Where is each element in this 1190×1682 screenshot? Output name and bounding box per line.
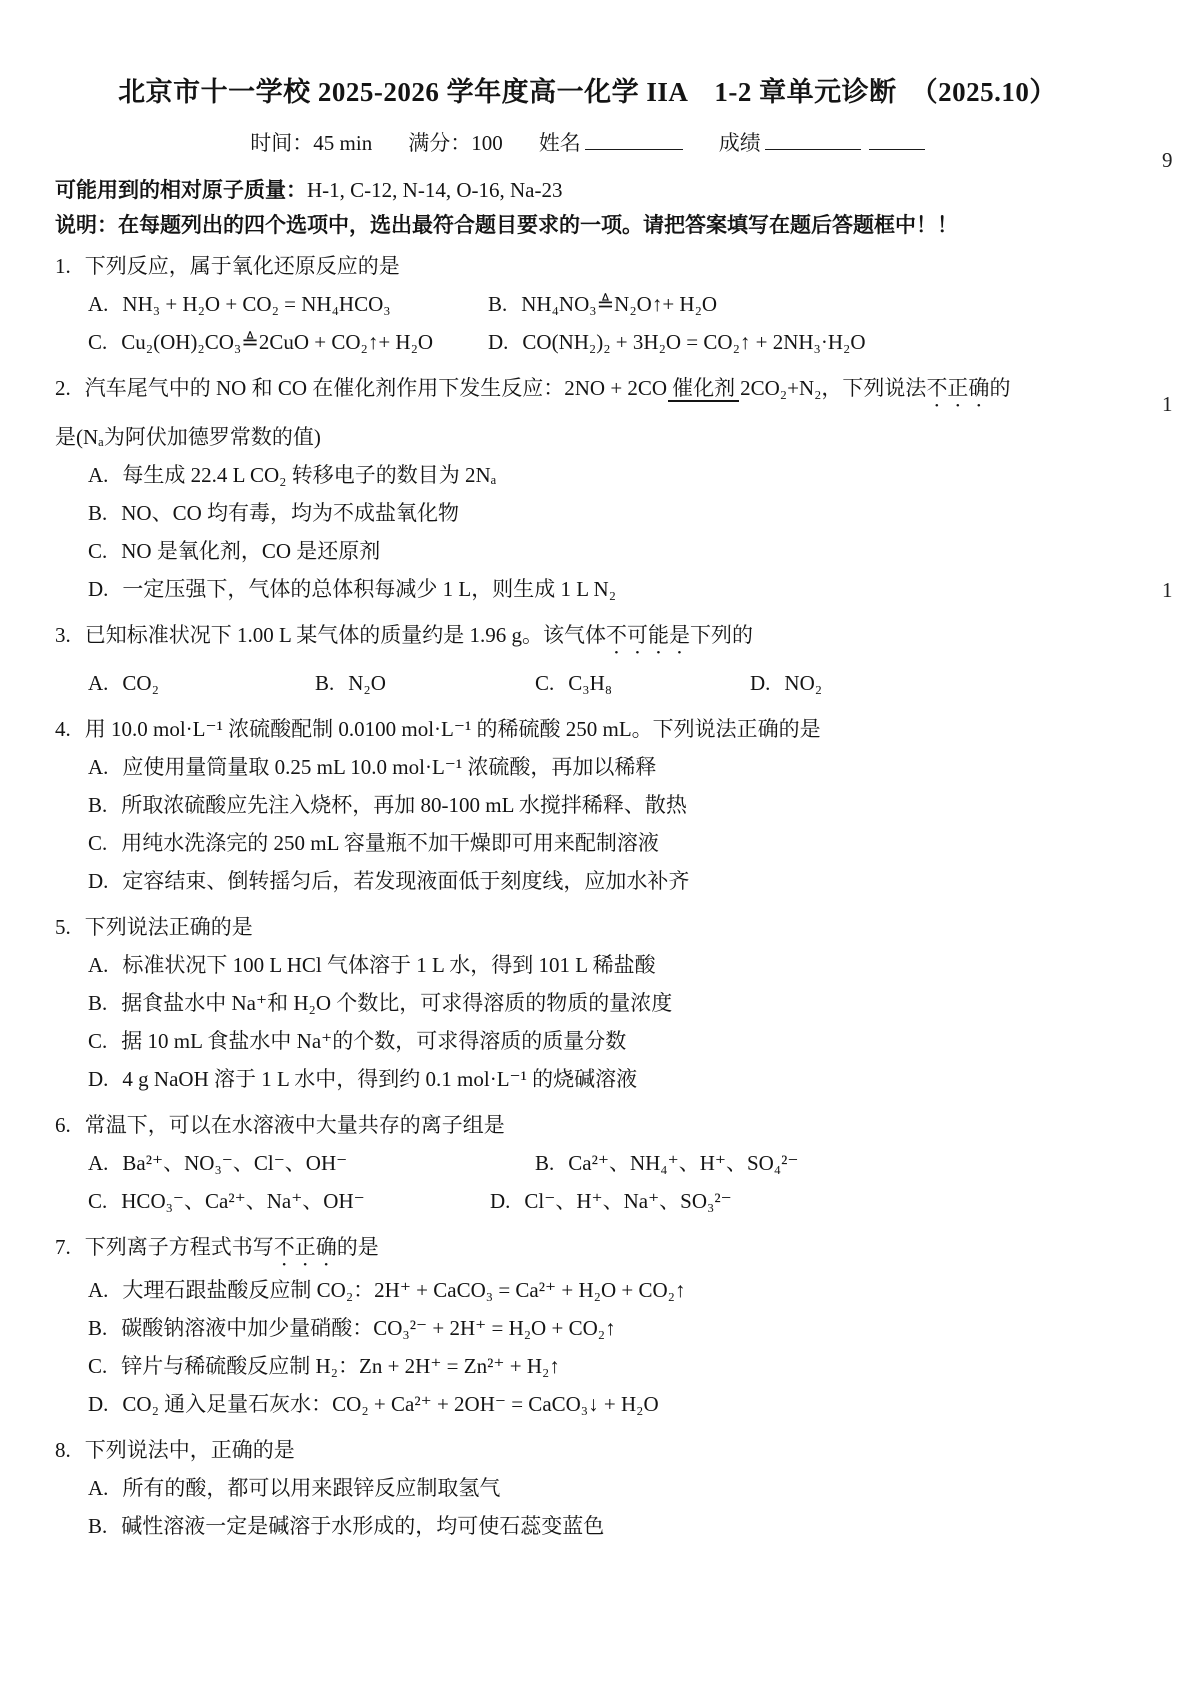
option-label: A. <box>88 953 108 977</box>
question-3: 3.已知标准状况下 1.00 L 某气体的质量约是 1.96 g。该气体不可能是… <box>55 616 1120 702</box>
question-stem: 4.用 10.0 mol·L⁻¹ 浓硫酸配制 0.0100 mol·L⁻¹ 的稀… <box>55 710 1120 748</box>
question-number: 2. <box>55 376 71 400</box>
question-6: 6.常温下，可以在水溶液中大量共存的离子组是 A.Ba²⁺、NO₃⁻、Cl⁻、O… <box>55 1106 1120 1220</box>
option-text: 一定压强下，气体的总体积每减少 1 L，则生成 1 L N₂ <box>122 577 616 601</box>
option-text: NO₂ <box>784 671 822 695</box>
option-text: NO、CO 均有毒，均为不成盐氧化物 <box>121 501 459 525</box>
question-7: 7.下列离子方程式书写不正确的是 A.大理石跟盐酸反应制 CO₂：2H⁺ + C… <box>55 1228 1120 1423</box>
option-text: Cu₂(OH)₂CO₃≜2CuO + CO₂↑+ H₂O <box>121 330 433 354</box>
option-b: B.碳酸钠溶液中加少量硝酸：CO₃²⁻ + 2H⁺ = H₂O + CO₂↑ <box>88 1309 1120 1347</box>
atomic-mass-label: 可能用到的相对原子质量： <box>55 178 307 202</box>
question-number: 7. <box>55 1235 71 1259</box>
score-blank-line-1 <box>765 128 861 150</box>
page-title: 北京市十一学校 2025-2026 学年度高一化学 IIA 1-2 章单元诊断 … <box>55 74 1120 110</box>
option-label: C. <box>88 831 107 855</box>
option-b: B.N₂O <box>315 664 535 702</box>
option-text: CO₂ <box>122 671 159 695</box>
option-text: Ba²⁺、NO₃⁻、Cl⁻、OH⁻ <box>122 1151 347 1175</box>
option-b: B.碱性溶液一定是碱溶于水形成的，均可使石蕊变蓝色 <box>88 1507 1120 1545</box>
option-label: D. <box>88 1392 108 1416</box>
stem-text: 的是 <box>337 1235 379 1259</box>
options: A.Ba²⁺、NO₃⁻、Cl⁻、OH⁻ B.Ca²⁺、NH₄⁺、H⁺、SO₄²⁻… <box>55 1144 1120 1220</box>
option-a: A.Ba²⁺、NO₃⁻、Cl⁻、OH⁻ <box>88 1144 535 1182</box>
option-text: 据 10 mL 食盐水中 Na⁺的个数，可求得溶质的质量分数 <box>121 1029 626 1053</box>
option-label: A. <box>88 463 108 487</box>
option-text: 应使用量筒量取 0.25 mL 10.0 mol·L⁻¹ 浓硫酸，再加以稀释 <box>122 755 656 779</box>
question-4: 4.用 10.0 mol·L⁻¹ 浓硫酸配制 0.0100 mol·L⁻¹ 的稀… <box>55 710 1120 900</box>
option-text: 据食盐水中 Na⁺和 H₂O 个数比，可求得溶质的物质的量浓度 <box>121 991 672 1015</box>
question-number: 4. <box>55 717 71 741</box>
option-text: NH₃ + H₂O + CO₂ = NH₄HCO₃ <box>122 292 390 316</box>
option-label: A. <box>88 292 108 316</box>
option-b: B.NO、CO 均有毒，均为不成盐氧化物 <box>88 494 1120 532</box>
option-text: HCO₃⁻、Ca²⁺、Na⁺、OH⁻ <box>121 1189 364 1213</box>
question-stem: 7.下列离子方程式书写不正确的是 <box>55 1228 1120 1271</box>
name-label: 姓名 <box>539 131 581 155</box>
option-a: A.大理石跟盐酸反应制 CO₂：2H⁺ + CaCO₃ = Ca²⁺ + H₂O… <box>88 1271 1120 1309</box>
options: A.NH₃ + H₂O + CO₂ = NH₄HCO₃ B.NH₄NO₃≜N₂O… <box>55 285 1120 361</box>
stem-text: 已知标准状况下 1.00 L 某气体的质量约是 1.96 g。该气体 <box>85 623 606 647</box>
question-stem-line2: 是(Nₐ为阿伏加德罗常数的值) <box>55 418 1120 456</box>
option-label: C. <box>88 1354 107 1378</box>
option-d: D.CO(NH₂)₂ + 3H₂O = CO₂↑ + 2NH₃·H₂O <box>488 323 1120 361</box>
option-label: C. <box>88 330 107 354</box>
option-a: A.应使用量筒量取 0.25 mL 10.0 mol·L⁻¹ 浓硫酸，再加以稀释 <box>88 748 1120 786</box>
options: A.CO₂ B.N₂O C.C₃H₈ D.NO₂ <box>55 664 1120 702</box>
option-label: B. <box>488 292 507 316</box>
option-text: 定容结束、倒转摇匀后，若发现液面低于刻度线，应加水补齐 <box>122 869 689 893</box>
question-number: 3. <box>55 623 71 647</box>
option-text: NH₄NO₃≜N₂O↑+ H₂O <box>521 292 717 316</box>
option-c: C.锌片与稀硫酸反应制 H₂：Zn + 2H⁺ = Zn²⁺ + H₂↑ <box>88 1347 1120 1385</box>
stem-text: 的 <box>989 376 1010 400</box>
question-number: 8. <box>55 1438 71 1462</box>
exam-page: 9 1 1 北京市十一学校 2025-2026 学年度高一化学 IIA 1-2 … <box>0 0 1190 1682</box>
option-a: A.CO₂ <box>88 664 315 702</box>
question-number: 5. <box>55 915 71 939</box>
option-d: D.CO₂ 通入足量石灰水：CO₂ + Ca²⁺ + 2OH⁻ = CaCO₃↓… <box>88 1385 1120 1423</box>
option-text: 碳酸钠溶液中加少量硝酸：CO₃²⁻ + 2H⁺ = H₂O + CO₂↑ <box>121 1316 615 1340</box>
option-text: 所取浓硫酸应先注入烧杯，再加 80-100 mL 水搅拌稀释、散热 <box>121 793 687 817</box>
margin-mark-2: 1 <box>1162 392 1173 417</box>
option-label: A. <box>88 1476 108 1500</box>
stem-text: 下列离子方程式书写 <box>85 1235 274 1259</box>
option-label: D. <box>750 671 770 695</box>
options: A.应使用量筒量取 0.25 mL 10.0 mol·L⁻¹ 浓硫酸，再加以稀释… <box>55 748 1120 900</box>
option-text: Cl⁻、H⁺、Na⁺、SO₃²⁻ <box>524 1189 731 1213</box>
option-b: B.NH₄NO₃≜N₂O↑+ H₂O <box>488 285 1120 323</box>
option-text: 每生成 22.4 L CO₂ 转移电子的数目为 2Nₐ <box>122 463 496 487</box>
option-label: D. <box>490 1189 510 1213</box>
stem-text: 下列反应，属于氧化还原反应的是 <box>85 254 400 278</box>
stem-text: 用 10.0 mol·L⁻¹ 浓硫酸配制 0.0100 mol·L⁻¹ 的稀硫酸… <box>85 717 821 741</box>
question-stem: 3.已知标准状况下 1.00 L 某气体的质量约是 1.96 g。该气体不可能是… <box>55 616 1120 659</box>
score-blank-line-2 <box>869 128 925 150</box>
option-c: C.Cu₂(OH)₂CO₃≜2CuO + CO₂↑+ H₂O <box>88 323 488 361</box>
emphasis-text: 不正确 <box>926 376 989 400</box>
option-text: 标准状况下 100 L HCl 气体溶于 1 L 水，得到 101 L 稀盐酸 <box>122 953 655 977</box>
question-stem: 8.下列说法中，正确的是 <box>55 1431 1120 1469</box>
question-stem: 1.下列反应，属于氧化还原反应的是 <box>55 247 1120 285</box>
option-text: 4 g NaOH 溶于 1 L 水中，得到约 0.1 mol·L⁻¹ 的烧碱溶液 <box>122 1067 637 1091</box>
option-a: A.所有的酸，都可以用来跟锌反应制取氢气 <box>88 1469 1120 1507</box>
stem-text: 2CO₂+N₂，下列说法 <box>740 376 926 400</box>
option-d: D.Cl⁻、H⁺、Na⁺、SO₃²⁻ <box>490 1182 1120 1220</box>
option-label: A. <box>88 1151 108 1175</box>
option-text: CO(NH₂)₂ + 3H₂O = CO₂↑ + 2NH₃·H₂O <box>522 330 865 354</box>
option-label: C. <box>88 1189 107 1213</box>
option-text: 所有的酸，都可以用来跟锌反应制取氢气 <box>122 1476 500 1500</box>
option-c: C.NO 是氧化剂，CO 是还原剂 <box>88 532 1120 570</box>
option-text: CO₂ 通入足量石灰水：CO₂ + Ca²⁺ + 2OH⁻ = CaCO₃↓ +… <box>122 1392 658 1416</box>
option-text: 用纯水洗涤完的 250 mL 容量瓶不加干燥即可用来配制溶液 <box>121 831 659 855</box>
option-label: A. <box>88 755 108 779</box>
margin-mark-3: 1 <box>1162 578 1173 603</box>
score-label: 成绩 <box>719 131 761 155</box>
name-field: 姓名 <box>539 128 683 155</box>
score-field: 成绩 <box>719 128 925 155</box>
option-text: NO 是氧化剂，CO 是还原剂 <box>121 539 380 563</box>
option-text: Ca²⁺、NH₄⁺、H⁺、SO₄²⁻ <box>568 1151 798 1175</box>
question-number: 6. <box>55 1113 71 1137</box>
emphasis-text: 不正确 <box>274 1235 337 1259</box>
option-label: D. <box>88 1067 108 1091</box>
exam-info-line: 时间：45 min 满分：100 姓名 成绩 <box>55 128 1120 155</box>
option-label: B. <box>88 1514 107 1538</box>
option-label: B. <box>88 501 107 525</box>
option-label: C. <box>535 671 554 695</box>
option-d: D.4 g NaOH 溶于 1 L 水中，得到约 0.1 mol·L⁻¹ 的烧碱… <box>88 1060 1120 1098</box>
option-d: D.定容结束、倒转摇匀后，若发现液面低于刻度线，应加水补齐 <box>88 862 1120 900</box>
option-label: A. <box>88 1278 108 1302</box>
full-score-label: 满分：100 <box>408 131 503 155</box>
option-text: C₃H₈ <box>568 671 612 695</box>
options: A.所有的酸，都可以用来跟锌反应制取氢气 B.碱性溶液一定是碱溶于水形成的，均可… <box>55 1469 1120 1545</box>
option-c: C.用纯水洗涤完的 250 mL 容量瓶不加干燥即可用来配制溶液 <box>88 824 1120 862</box>
option-text: 大理石跟盐酸反应制 CO₂：2H⁺ + CaCO₃ = Ca²⁺ + H₂O +… <box>122 1278 685 1302</box>
question-number: 1. <box>55 254 71 278</box>
page-content: 北京市十一学校 2025-2026 学年度高一化学 IIA 1-2 章单元诊断 … <box>0 0 1190 1545</box>
option-label: D. <box>88 577 108 601</box>
option-text: N₂O <box>348 671 386 695</box>
option-label: A. <box>88 671 108 695</box>
question-stem: 2.汽车尾气中的 NO 和 CO 在催化剂作用下发生反应：2NO + 2CO催化… <box>55 369 1120 412</box>
option-label: B. <box>535 1151 554 1175</box>
stem-text: 下列说法正确的是 <box>85 915 253 939</box>
question-8: 8.下列说法中，正确的是 A.所有的酸，都可以用来跟锌反应制取氢气 B.碱性溶液… <box>55 1431 1120 1545</box>
question-1: 1.下列反应，属于氧化还原反应的是 A.NH₃ + H₂O + CO₂ = NH… <box>55 247 1120 361</box>
option-a: A.标准状况下 100 L HCl 气体溶于 1 L 水，得到 101 L 稀盐… <box>88 946 1120 984</box>
option-label: B. <box>88 793 107 817</box>
name-blank-line <box>585 128 683 150</box>
option-b: B.据食盐水中 Na⁺和 H₂O 个数比，可求得溶质的物质的量浓度 <box>88 984 1120 1022</box>
option-label: C. <box>88 539 107 563</box>
stem-text: 下列说法中，正确的是 <box>85 1438 295 1462</box>
stem-text: 常温下，可以在水溶液中大量共存的离子组是 <box>85 1113 505 1137</box>
option-d: D.一定压强下，气体的总体积每减少 1 L，则生成 1 L N₂ <box>88 570 1120 608</box>
option-label: B. <box>88 991 107 1015</box>
option-text: 锌片与稀硫酸反应制 H₂：Zn + 2H⁺ = Zn²⁺ + H₂↑ <box>121 1354 560 1378</box>
options: A.每生成 22.4 L CO₂ 转移电子的数目为 2Nₐ B.NO、CO 均有… <box>55 456 1120 608</box>
question-2: 2.汽车尾气中的 NO 和 CO 在催化剂作用下发生反应：2NO + 2CO催化… <box>55 369 1120 608</box>
option-a: A.每生成 22.4 L CO₂ 转移电子的数目为 2Nₐ <box>88 456 1120 494</box>
option-c: C.C₃H₈ <box>535 664 750 702</box>
stem-text: 汽车尾气中的 NO 和 CO 在催化剂作用下发生反应：2NO + 2CO <box>85 376 667 400</box>
option-d: D.NO₂ <box>750 664 1120 702</box>
instructions-line: 说明：在每题列出的四个选项中，选出最符合题目要求的一项。请把答案填写在题后答题框… <box>55 212 1120 239</box>
option-c: C.据 10 mL 食盐水中 Na⁺的个数，可求得溶质的质量分数 <box>88 1022 1120 1060</box>
option-label: B. <box>315 671 334 695</box>
options: A.大理石跟盐酸反应制 CO₂：2H⁺ + CaCO₃ = Ca²⁺ + H₂O… <box>55 1271 1120 1423</box>
option-b: B.所取浓硫酸应先注入烧杯，再加 80-100 mL 水搅拌稀释、散热 <box>88 786 1120 824</box>
option-label: B. <box>88 1316 107 1340</box>
atomic-mass-line: 可能用到的相对原子质量：H-1, C-12, N-14, O-16, Na-23 <box>55 177 1120 204</box>
options: A.标准状况下 100 L HCl 气体溶于 1 L 水，得到 101 L 稀盐… <box>55 946 1120 1098</box>
option-a: A.NH₃ + H₂O + CO₂ = NH₄HCO₃ <box>88 285 488 323</box>
atomic-mass-value: H-1, C-12, N-14, O-16, Na-23 <box>307 178 562 202</box>
option-text: 碱性溶液一定是碱溶于水形成的，均可使石蕊变蓝色 <box>121 1514 604 1538</box>
question-5: 5.下列说法正确的是 A.标准状况下 100 L HCl 气体溶于 1 L 水，… <box>55 908 1120 1098</box>
option-label: D. <box>88 869 108 893</box>
emphasis-text: 不可能是 <box>606 623 690 647</box>
question-stem: 5.下列说法正确的是 <box>55 908 1120 946</box>
option-b: B.Ca²⁺、NH₄⁺、H⁺、SO₄²⁻ <box>535 1144 1120 1182</box>
question-stem: 6.常温下，可以在水溶液中大量共存的离子组是 <box>55 1106 1120 1144</box>
option-label: C. <box>88 1029 107 1053</box>
stem-text: 下列的 <box>690 623 753 647</box>
margin-mark-1: 9 <box>1162 148 1173 173</box>
option-label: D. <box>488 330 508 354</box>
option-c: C.HCO₃⁻、Ca²⁺、Na⁺、OH⁻ <box>88 1182 490 1220</box>
catalyst-over-arrow: 催化剂 <box>668 376 739 402</box>
time-label: 时间：45 min <box>250 131 372 155</box>
